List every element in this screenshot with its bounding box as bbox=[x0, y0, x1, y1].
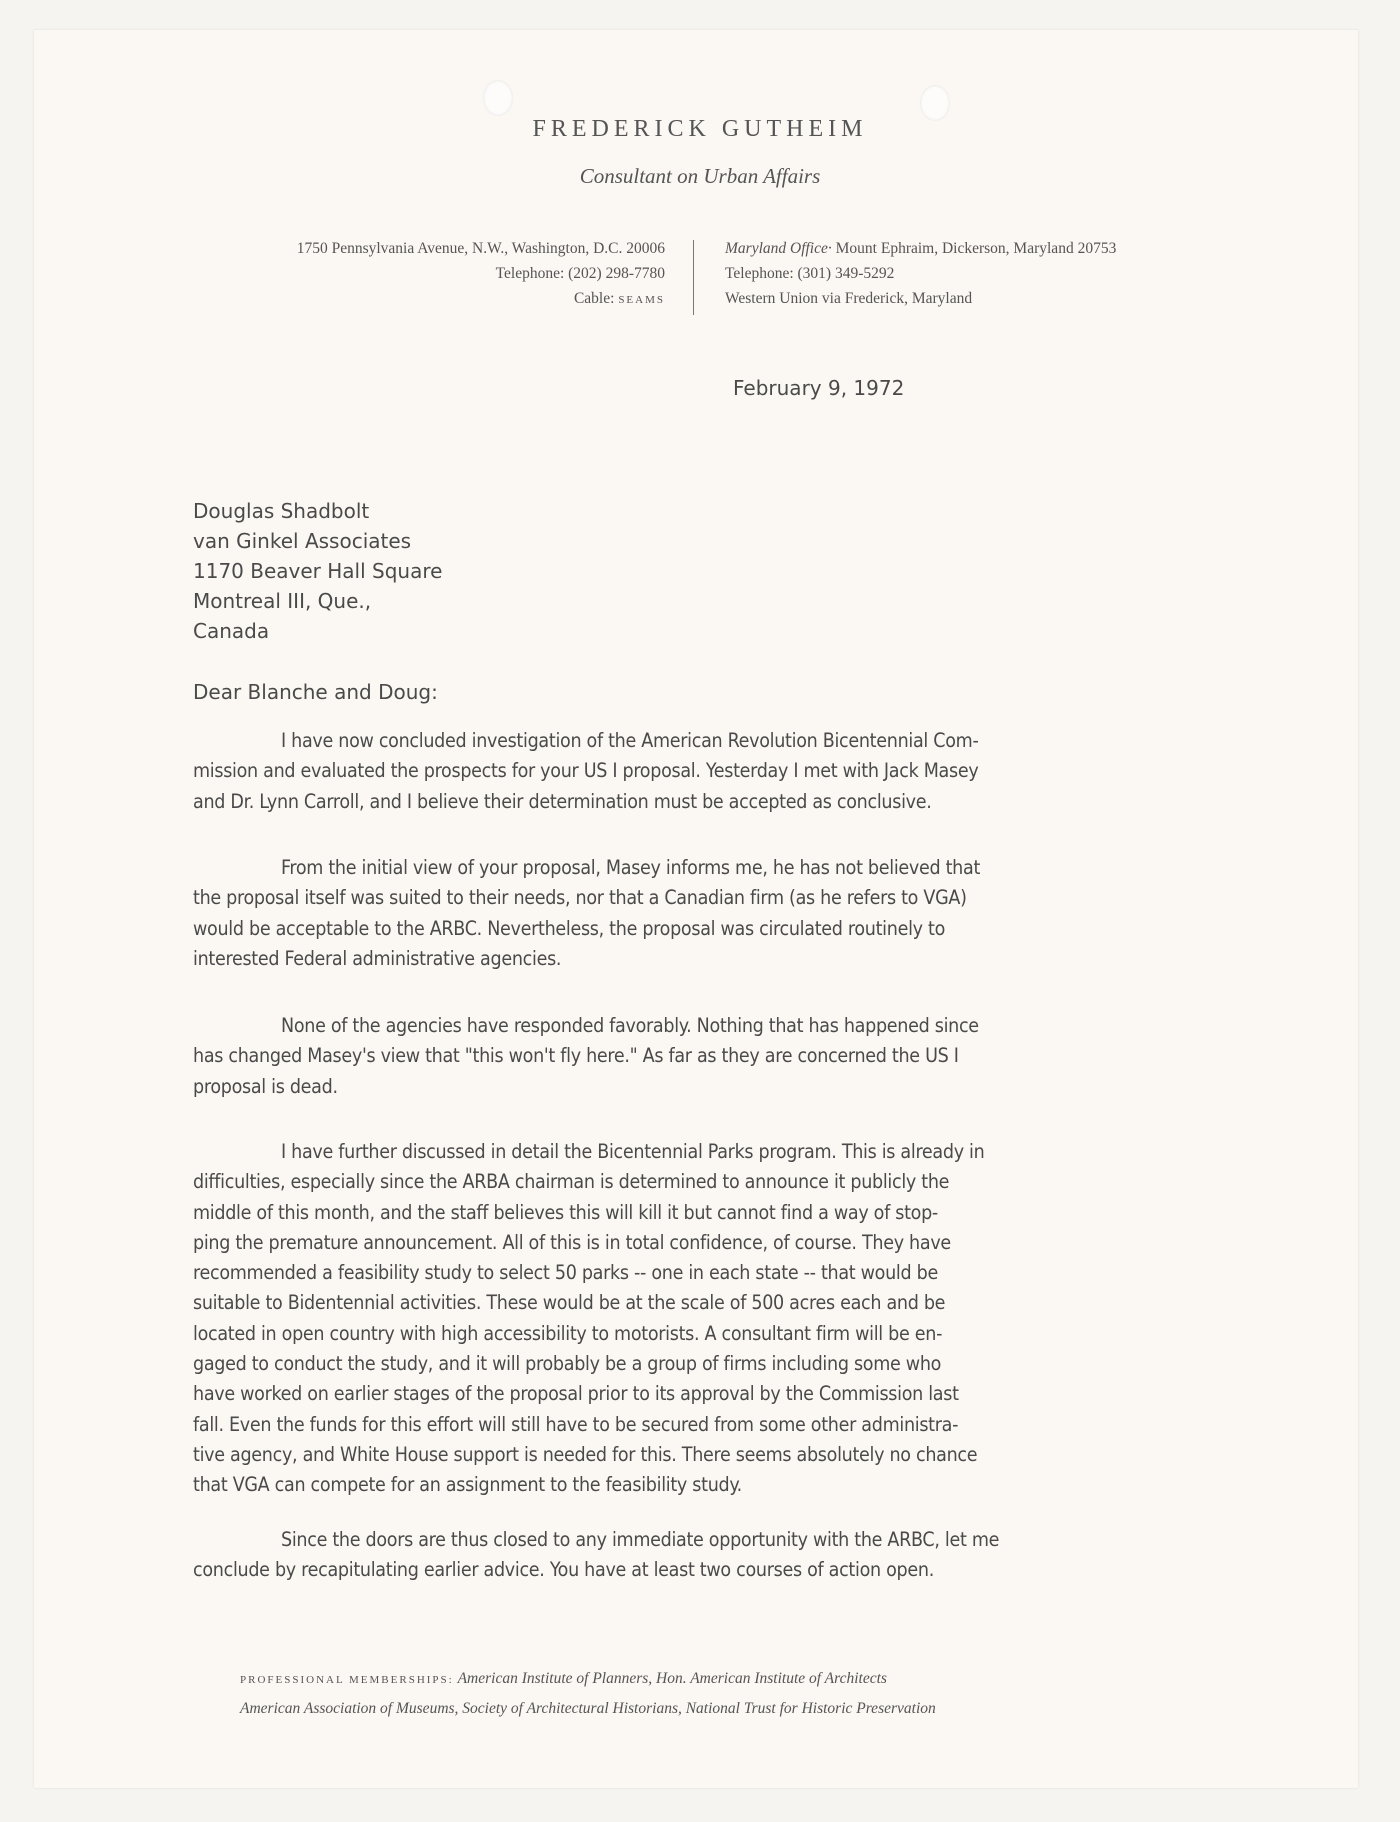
paragraph-line: mission and evaluated the prospects for … bbox=[193, 756, 1253, 786]
paragraph-line: gaged to conduct the study, and it will … bbox=[193, 1349, 1253, 1379]
maryland-office-address: Maryland Office· Mount Ephraim, Dickerso… bbox=[725, 236, 1116, 311]
punch-hole bbox=[483, 80, 513, 116]
paragraph-line: None of the agencies have responded favo… bbox=[193, 1011, 1253, 1041]
paragraph-line: I have now concluded investigation of th… bbox=[193, 726, 1253, 756]
paragraph-line: proposal is dead. bbox=[193, 1072, 1253, 1102]
paragraph-line: I have further discussed in detail the B… bbox=[193, 1137, 1253, 1167]
md-telephone: Telephone: (301) 349-5292 bbox=[725, 261, 1116, 286]
recipient-line: Canada bbox=[193, 616, 442, 646]
dc-cable: Cable: SEAMS bbox=[297, 286, 665, 313]
paragraph-line: difficulties, especially since the ARBA … bbox=[193, 1167, 1253, 1197]
paragraph-line: has changed Masey's view that "this won'… bbox=[193, 1041, 1253, 1071]
cable-value: SEAMS bbox=[618, 294, 665, 306]
paragraph-4: I have further discussed in detail the B… bbox=[193, 1137, 1253, 1501]
paragraph-line: have worked on earlier stages of the pro… bbox=[193, 1379, 1253, 1409]
letterhead-divider bbox=[693, 240, 694, 315]
paragraph-line: and Dr. Lynn Carroll, and I believe thei… bbox=[193, 787, 1253, 817]
paragraph-line: Since the doors are thus closed to any i… bbox=[193, 1525, 1253, 1555]
paragraph-line: suitable to Bidentennial activities. The… bbox=[193, 1288, 1253, 1318]
paragraph-5: Since the doors are thus closed to any i… bbox=[193, 1525, 1253, 1586]
cable-label: Cable: bbox=[574, 290, 614, 307]
paragraph-line: ping the premature announcement. All of … bbox=[193, 1228, 1253, 1258]
footer-memberships-line1: PROFESSIONAL MEMBERSHIPS: American Insti… bbox=[240, 1670, 887, 1688]
paragraph-3: None of the agencies have responded favo… bbox=[193, 1011, 1253, 1102]
recipient-address: Douglas Shadbolt van Ginkel Associates 1… bbox=[193, 496, 442, 646]
letter-date: February 9, 1972 bbox=[733, 376, 904, 400]
salutation: Dear Blanche and Doug: bbox=[193, 680, 438, 704]
recipient-line: Douglas Shadbolt bbox=[193, 496, 442, 526]
md-telegraph: Western Union via Frederick, Maryland bbox=[725, 286, 1116, 311]
paragraph-line: From the initial view of your proposal, … bbox=[193, 853, 1253, 883]
dc-address-line: 1750 Pennsylvania Avenue, N.W., Washingt… bbox=[297, 236, 665, 261]
footer-memberships-line2: American Association of Museums, Society… bbox=[240, 1700, 936, 1718]
paragraph-line: that VGA can compete for an assignment t… bbox=[193, 1470, 1253, 1500]
paragraph-1: I have now concluded investigation of th… bbox=[193, 726, 1253, 817]
md-address-line: Maryland Office· Mount Ephraim, Dickerso… bbox=[725, 236, 1116, 261]
md-office-label: Maryland Office· bbox=[725, 240, 832, 257]
paragraph-line: middle of this month, and the staff beli… bbox=[193, 1198, 1253, 1228]
md-address: Mount Ephraim, Dickerson, Maryland 20753 bbox=[832, 240, 1117, 257]
paragraph-line: recommended a feasibility study to selec… bbox=[193, 1258, 1253, 1288]
paragraph-line: interested Federal administrative agenci… bbox=[193, 944, 1253, 974]
letterhead-tagline: Consultant on Urban Affairs bbox=[0, 164, 1400, 189]
paragraph-line: conclude by recapitulating earlier advic… bbox=[193, 1555, 1253, 1585]
paragraph-line: located in open country with high access… bbox=[193, 1319, 1253, 1349]
paragraph-line: tive agency, and White House support is … bbox=[193, 1440, 1253, 1470]
recipient-line: Montreal III, Que., bbox=[193, 586, 442, 616]
dc-telephone: Telephone: (202) 298-7780 bbox=[297, 261, 665, 286]
letterhead-name: FREDERICK GUTHEIM bbox=[0, 116, 1400, 143]
paragraph-2: From the initial view of your proposal, … bbox=[193, 853, 1253, 974]
footer-label: PROFESSIONAL MEMBERSHIPS: bbox=[240, 1674, 454, 1686]
paragraph-line: the proposal itself was suited to their … bbox=[193, 883, 1253, 913]
recipient-line: van Ginkel Associates bbox=[193, 526, 442, 556]
dc-office-address: 1750 Pennsylvania Avenue, N.W., Washingt… bbox=[297, 236, 665, 313]
paragraph-line: would be acceptable to the ARBC. Neverth… bbox=[193, 914, 1253, 944]
footer-text: American Institute of Planners, Hon. Ame… bbox=[458, 1670, 887, 1687]
recipient-line: 1170 Beaver Hall Square bbox=[193, 556, 442, 586]
paragraph-line: fall. Even the funds for this effort wil… bbox=[193, 1410, 1253, 1440]
